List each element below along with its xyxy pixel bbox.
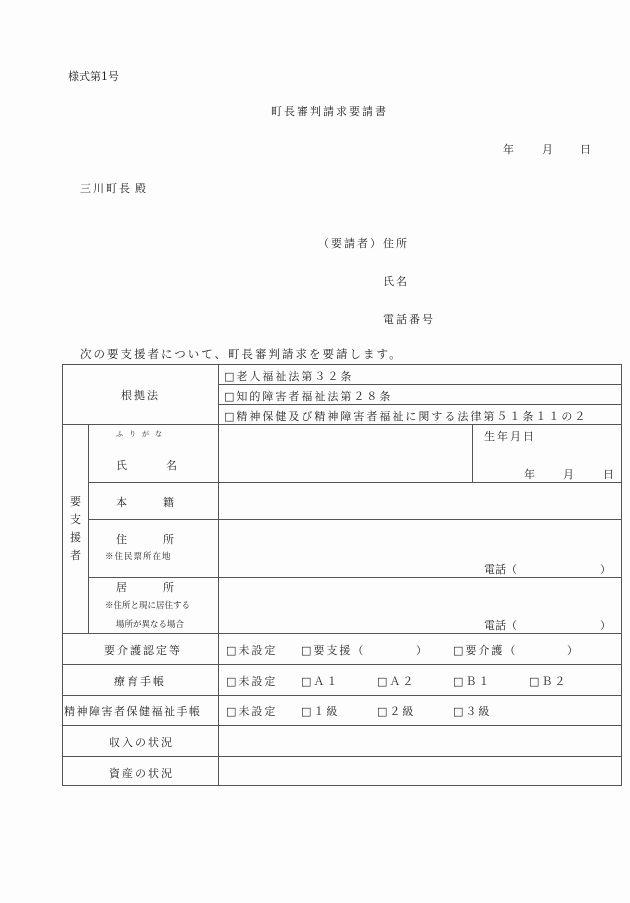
care-cert-option-unset[interactable]: □未設定 (226, 642, 277, 658)
ryoiku-option-unset[interactable]: □未設定 (226, 673, 277, 689)
legal-basis-label: 根拠法 (121, 387, 160, 403)
address-field[interactable] (219, 520, 469, 576)
ryoiku-option-a2[interactable]: □Ａ２ (377, 673, 415, 689)
assets-field[interactable] (219, 757, 621, 785)
ryoiku-option-b1[interactable]: □Ｂ１ (453, 673, 491, 689)
legal-basis-option-intellectual[interactable]: □知的障害者福祉法第２８条 (224, 388, 392, 404)
group-label-char: 要 (70, 493, 81, 509)
requester-name-label: 氏名 (383, 273, 409, 289)
legal-basis-option-mental[interactable]: □精神保健及び精神障害者福祉に関する法律第５１条１１の２ (224, 408, 587, 424)
requester-phone-label: 電話番号 (383, 311, 435, 327)
care-cert-label: 要介護認定等 (104, 642, 182, 658)
income-field[interactable] (219, 726, 621, 755)
assets-label: 資産の状況 (109, 765, 174, 781)
ryoiku-label: 療育手帳 (114, 673, 166, 689)
address-note: ※住民票所在地 (105, 550, 172, 562)
mental-handbook-label: 精神障害者保健福祉手帳 (64, 703, 202, 719)
residence-phone-label: 電話（ (484, 617, 517, 633)
birthdate-month: 月 (563, 466, 574, 482)
address-label-b: 所 (163, 531, 174, 547)
honseki-field[interactable] (219, 483, 621, 518)
mental-option-1[interactable]: □１級 (301, 703, 339, 719)
page-title: 町長審判請求要請書 (271, 103, 388, 119)
addressee-name: 三川町長 (80, 180, 132, 196)
care-cert-option-support[interactable]: □要支援（ (301, 642, 365, 658)
ryoiku-option-b2[interactable]: □Ｂ２ (529, 673, 567, 689)
care-cert-care-close: ） (567, 642, 578, 658)
requester-address-label: 住所 (383, 235, 409, 251)
name-label-b: 名 (166, 457, 177, 473)
address-label-a: 住 (116, 531, 127, 547)
furigana-label: ふりがな (116, 429, 168, 439)
group-label-char: 支 (70, 511, 81, 527)
residence-label-a: 居 (116, 579, 127, 595)
residence-note-2: 場所が異なる場合 (116, 618, 184, 630)
name-field[interactable] (219, 425, 471, 481)
date-year: 年 (503, 141, 514, 157)
date-day: 日 (580, 141, 591, 157)
legal-basis-option-elderly[interactable]: □老人福祉法第３２条 (224, 368, 353, 384)
honseki-label-a: 本 (116, 494, 127, 510)
group-label-char: 者 (70, 547, 81, 563)
honseki-label-b: 籍 (163, 494, 174, 510)
form-number: 様式第1号 (68, 68, 119, 84)
requester-label: （要請者） (318, 235, 383, 251)
address-phone-label: 電話（ (484, 561, 517, 577)
care-cert-support-close: ） (416, 642, 427, 658)
group-label-char: 援 (70, 529, 81, 545)
residence-label-b: 所 (163, 579, 174, 595)
mental-option-2[interactable]: □２級 (377, 703, 415, 719)
date-month: 月 (542, 141, 553, 157)
addressee-honorific: 殿 (135, 180, 146, 196)
ryoiku-option-a1[interactable]: □Ａ１ (301, 673, 339, 689)
birthdate-label: 生年月日 (484, 428, 536, 444)
residence-field[interactable] (219, 578, 469, 632)
address-phone-close: ） (600, 561, 611, 577)
care-cert-option-care[interactable]: □要介護（ (453, 642, 517, 658)
name-label-a: 氏 (116, 457, 127, 473)
income-label: 収入の状況 (109, 734, 174, 750)
mental-option-unset[interactable]: □未設定 (226, 703, 277, 719)
mental-option-3[interactable]: □３級 (453, 703, 491, 719)
birthdate-day: 日 (603, 466, 614, 482)
intro-text: 次の要支援者について、町長審判請求を要請します。 (80, 346, 403, 362)
residence-note-1: ※住所と現に居住する (105, 599, 190, 611)
birthdate-year: 年 (524, 466, 535, 482)
residence-phone-close: ） (600, 617, 611, 633)
